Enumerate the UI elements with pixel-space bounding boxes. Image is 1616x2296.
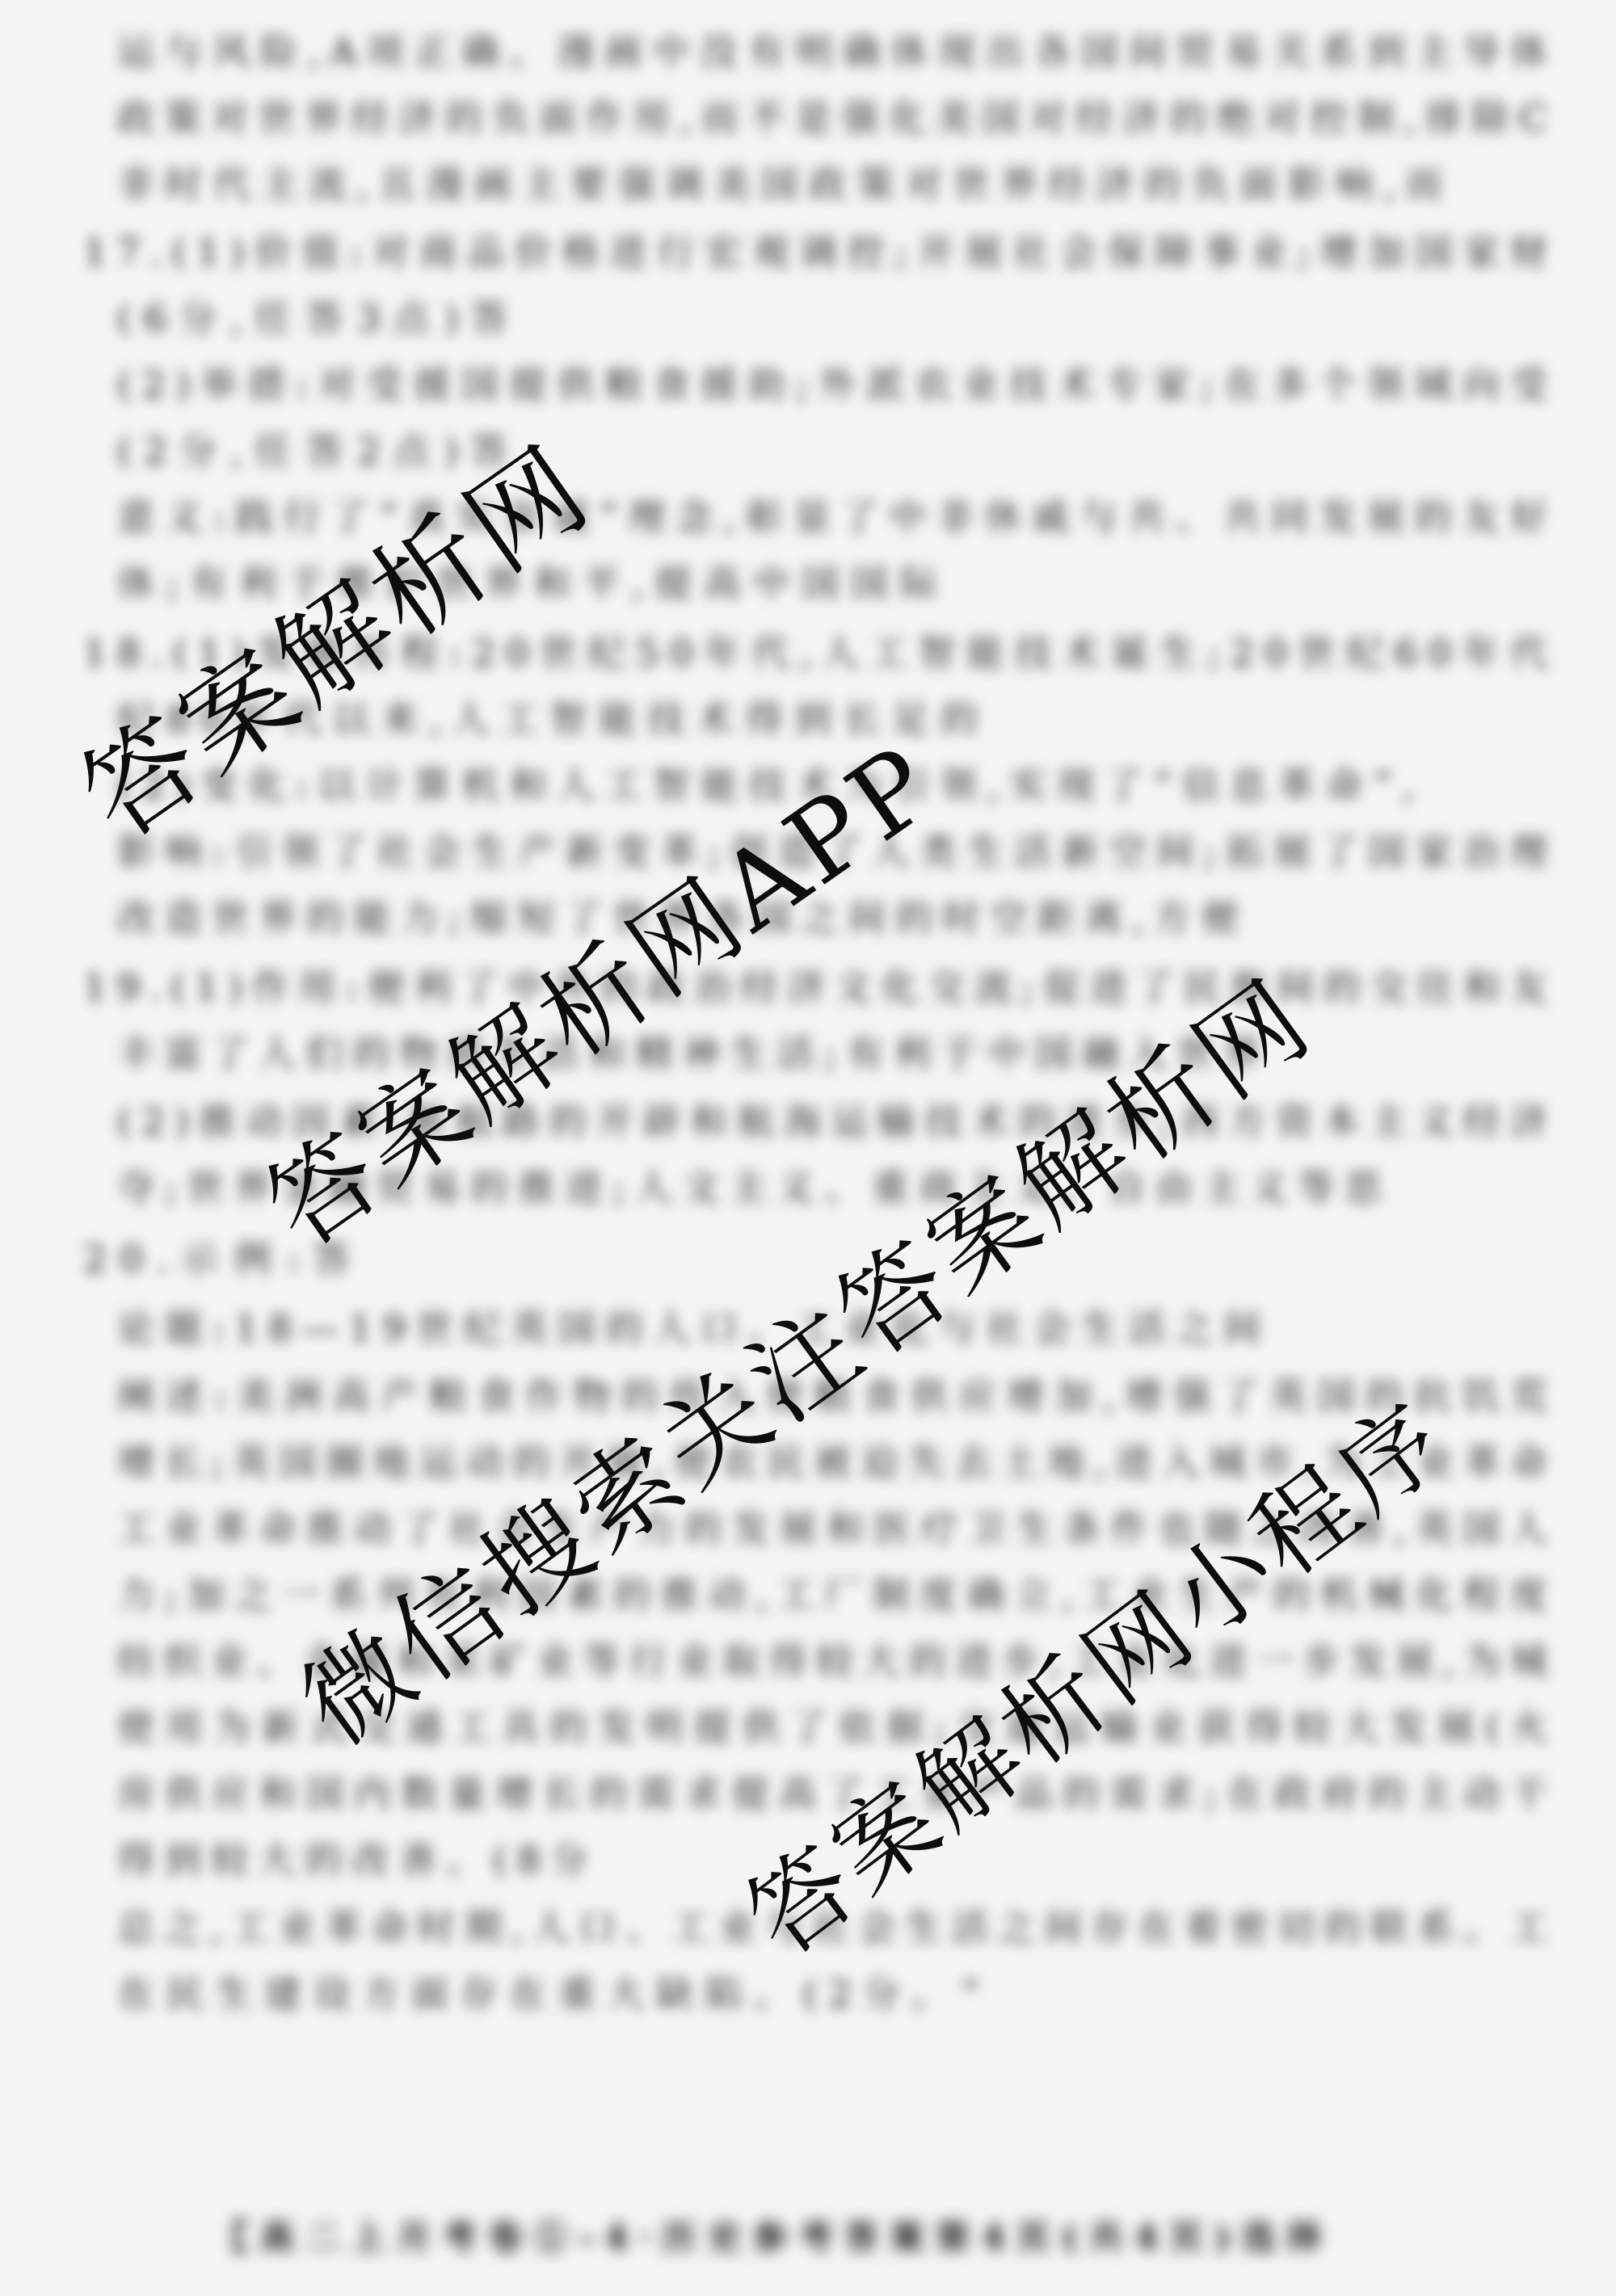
page-footer: 【 高 二 上 月 考 卷 ① - 4 · 历 史 参 考 答 案 第 4 页 …: [214, 2215, 1321, 2264]
document-page: 运 与 风 险 , A 项 正 确 。 漫 画 中 没 有 明 确 体 现 出 …: [0, 0, 1616, 2296]
footer-container: 【 高 二 上 月 考 卷 ① - 4 · 历 史 参 考 答 案 第 4 页 …: [0, 0, 1616, 2296]
